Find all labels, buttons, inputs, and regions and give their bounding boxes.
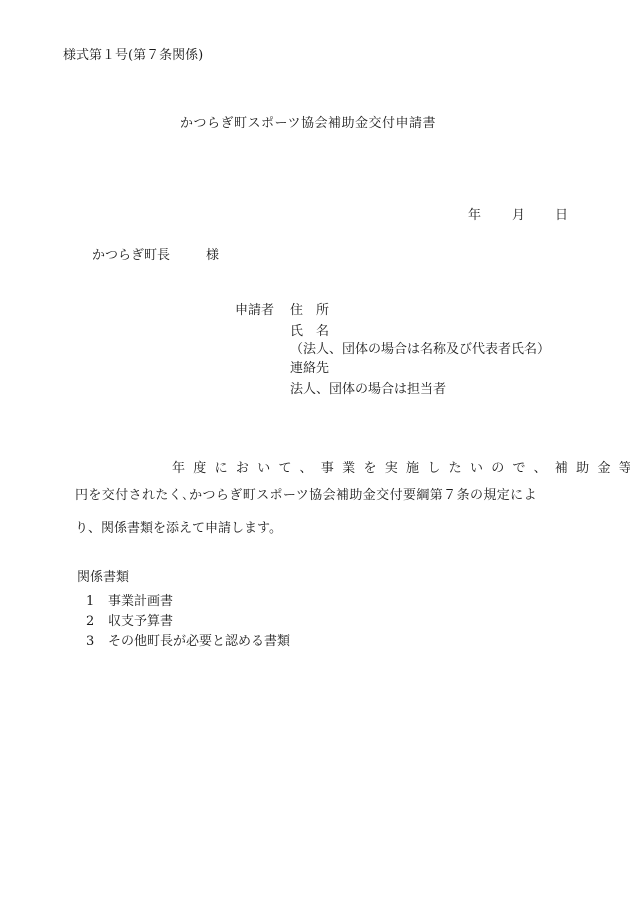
item-number: 1 — [86, 594, 108, 610]
body-text-line-3: り、関係書類を添えて申請します。 — [75, 521, 282, 537]
related-document-item: 3その他町長が必要と認める書類 — [86, 634, 290, 650]
applicant-name-field: 氏 名 — [290, 324, 329, 340]
addressee-name: かつらぎ町長 — [92, 248, 170, 264]
applicant-contact-field: 連絡先 — [290, 361, 329, 377]
addressee-honorific: 様 — [206, 248, 219, 264]
applicant-label: 申請者 — [235, 303, 274, 319]
item-label: 事業計画書 — [108, 594, 173, 609]
document-title: かつらぎ町スポーツ協会補助金交付申請書 — [180, 116, 436, 132]
body-text-line-1: 年度において、事業を実施したいので、補助金等 — [172, 461, 630, 477]
applicant-name-note: （法人、団体の場合は名称及び代表者氏名） — [290, 342, 550, 358]
related-document-item: 1事業計画書 — [86, 594, 173, 610]
item-number: 3 — [86, 634, 108, 650]
body-text-line-2: 円を交付されたく､かつらぎ町スポーツ協会補助金交付要綱第７条の規定によ — [75, 488, 537, 504]
date-day-label: 日 — [555, 208, 568, 224]
item-label: 収支予算書 — [108, 614, 173, 629]
applicant-contact-person-field: 法人、団体の場合は担当者 — [290, 382, 446, 398]
item-label: その他町長が必要と認める書類 — [108, 634, 290, 649]
item-number: 2 — [86, 614, 108, 630]
date-year-label: 年 — [468, 208, 481, 224]
related-documents-heading: 関係書類 — [77, 570, 129, 586]
form-number: 様式第１号(第７条関係) — [63, 48, 203, 64]
applicant-address-field: 住 所 — [290, 303, 329, 319]
date-month-label: 月 — [512, 208, 525, 224]
related-document-item: 2収支予算書 — [86, 614, 173, 630]
